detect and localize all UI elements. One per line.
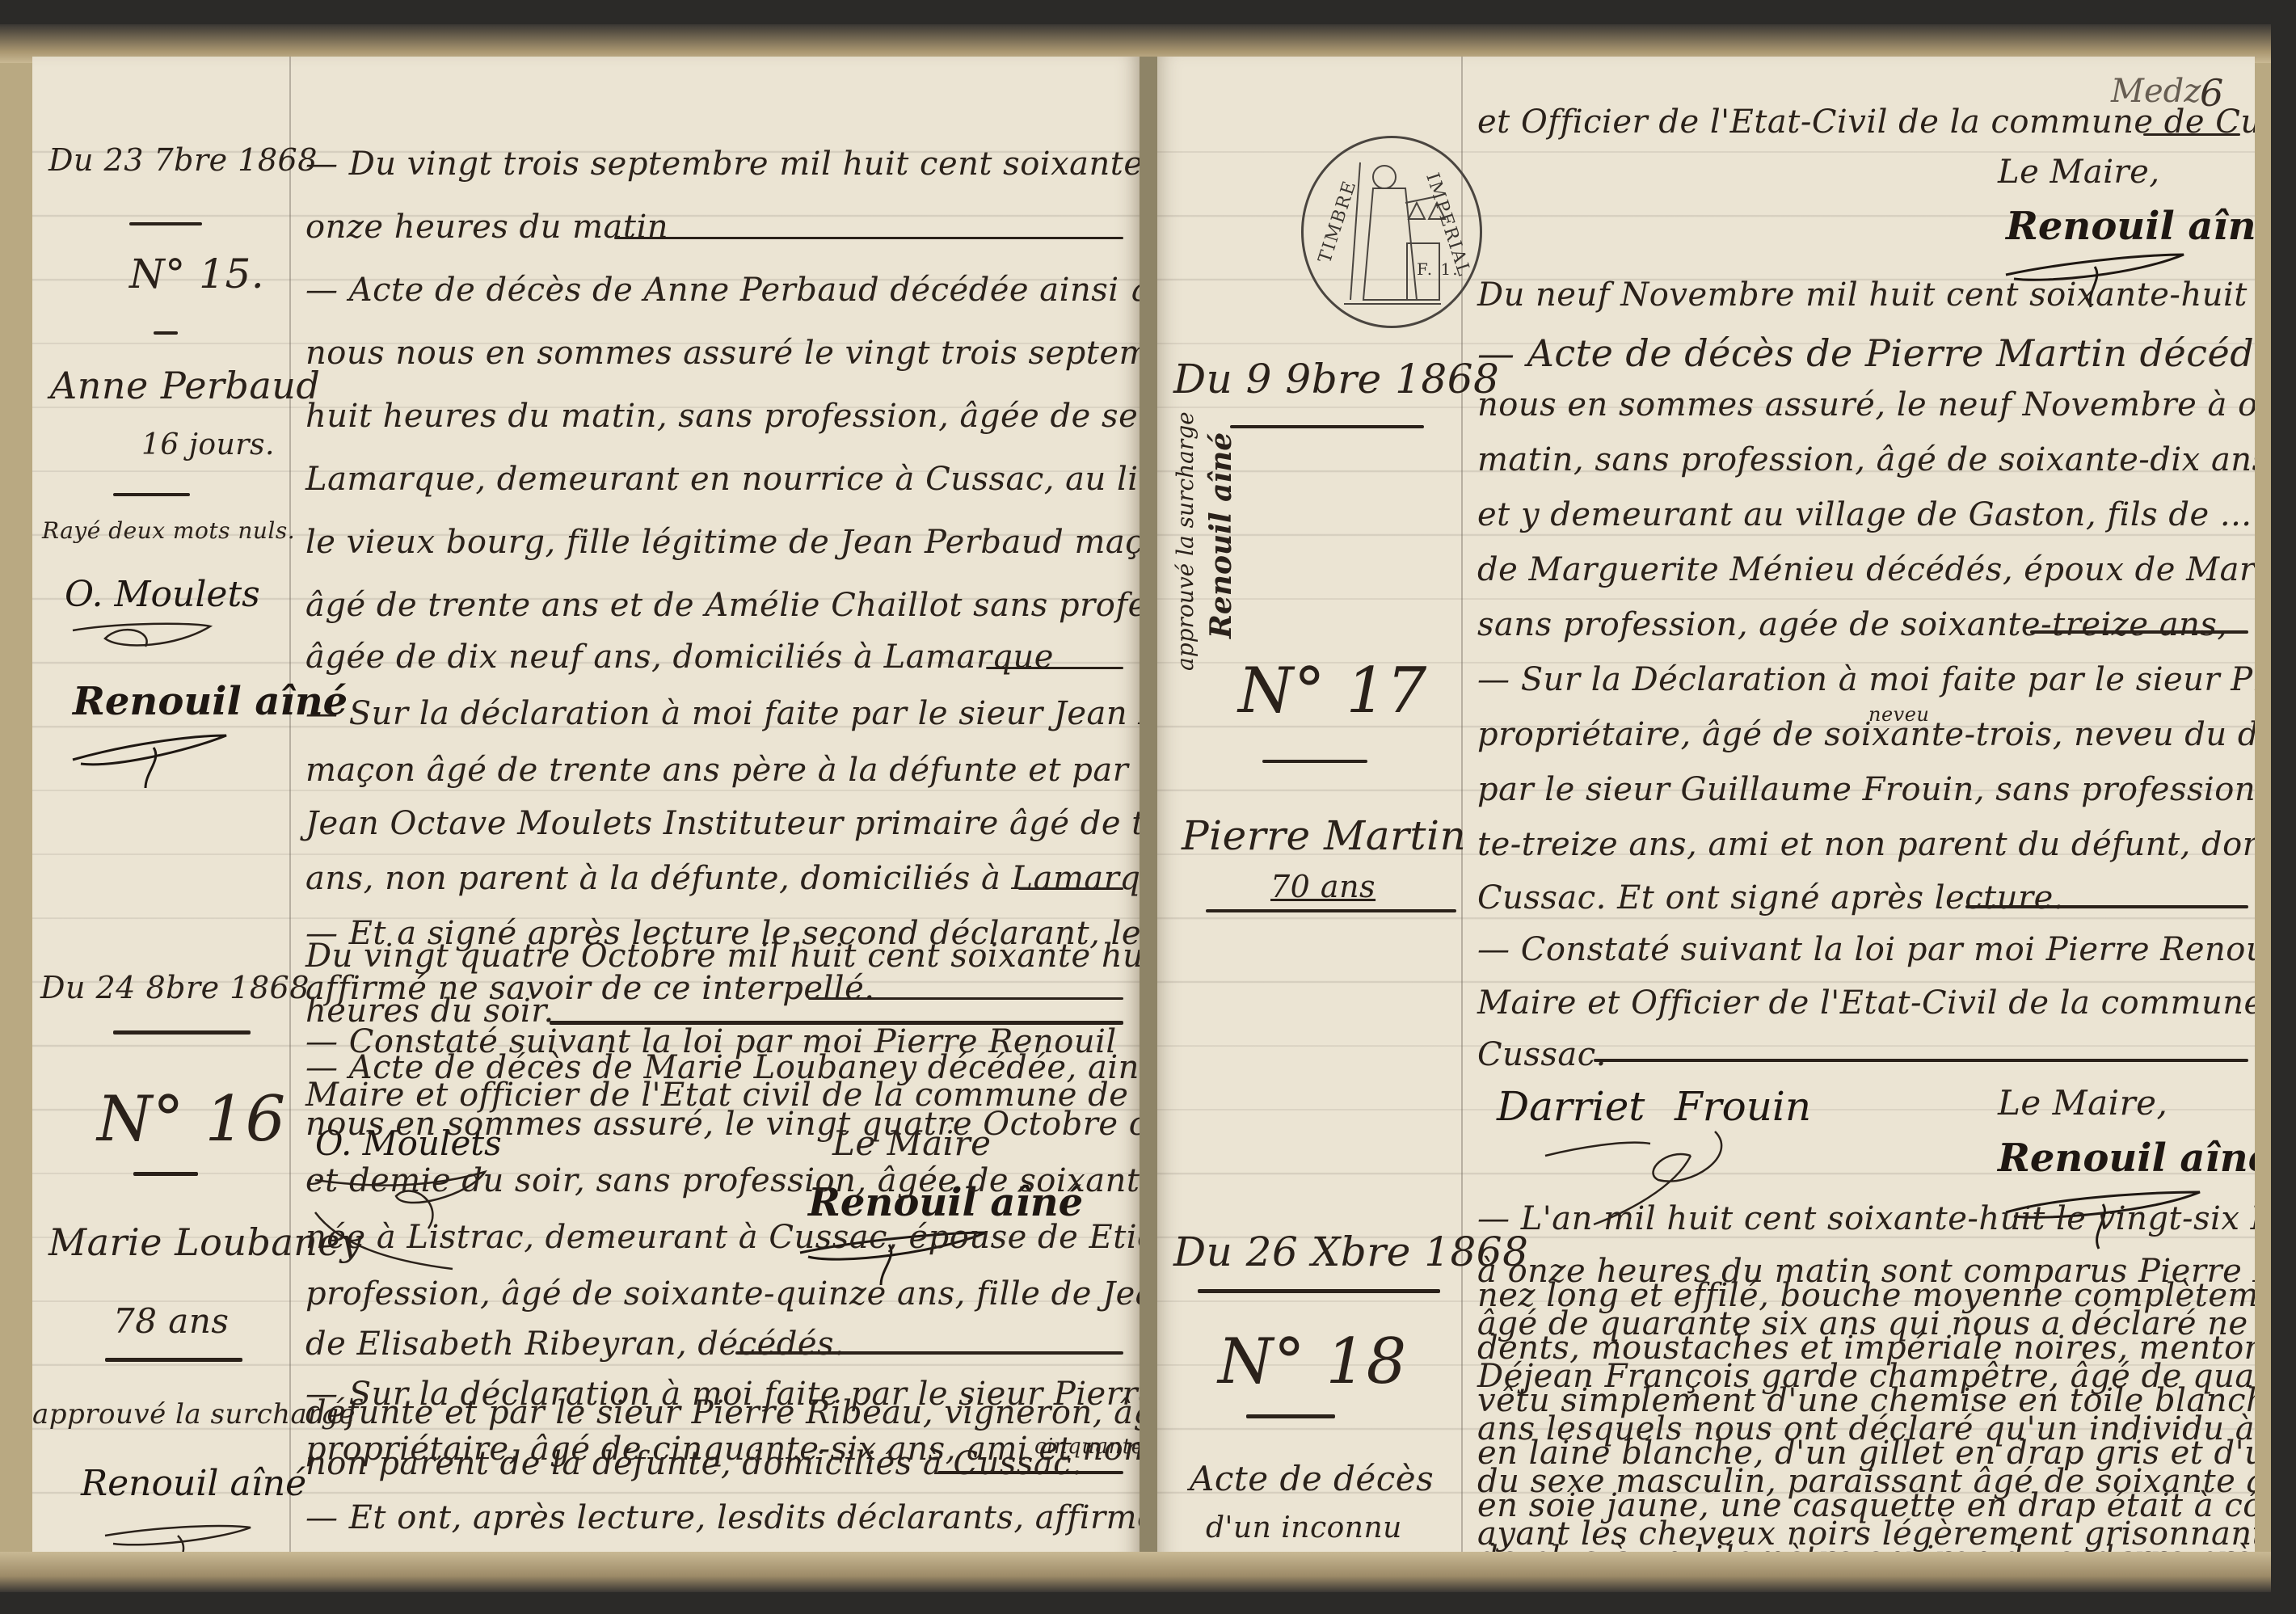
entry-18-line: en soie jaune, une casquette en drap éta… [1477,1487,2255,1524]
entry-18-line: en laine blanche, d'un gillet en drap gr… [1477,1435,2255,1472]
book-gutter [1140,57,1157,1576]
register-book: Du 23 7bre 1868 N° 15. Anne Perbaud 16 j… [0,24,2271,1592]
entry-18-line: vêtu simplement d'une chemise en toile b… [1477,1382,2255,1419]
entry-18-line: nez long et effilé, bouche moyenne compl… [1477,1277,2255,1314]
entry-16-line: défunte et par le sieur Pierre Ribeau, v… [305,1394,1140,1431]
right-page-entry-18-body-b: nez long et effilé, bouche moyenne compl… [1157,57,2255,1576]
left-page-entry-16-body-b: défunte et par le sieur Pierre Ribeau, v… [32,57,1140,1576]
entry-18-line: dents, moustaches et impériale noires, m… [1477,1330,2255,1367]
entry-16-line: non parent de la défunte, domiciliés à C… [305,1445,1082,1482]
line-filler [937,1471,1123,1474]
entry-16-line: — Et ont, après lecture, lesdits déclara… [305,1499,1140,1536]
bottom-page-edge [0,1552,2271,1592]
